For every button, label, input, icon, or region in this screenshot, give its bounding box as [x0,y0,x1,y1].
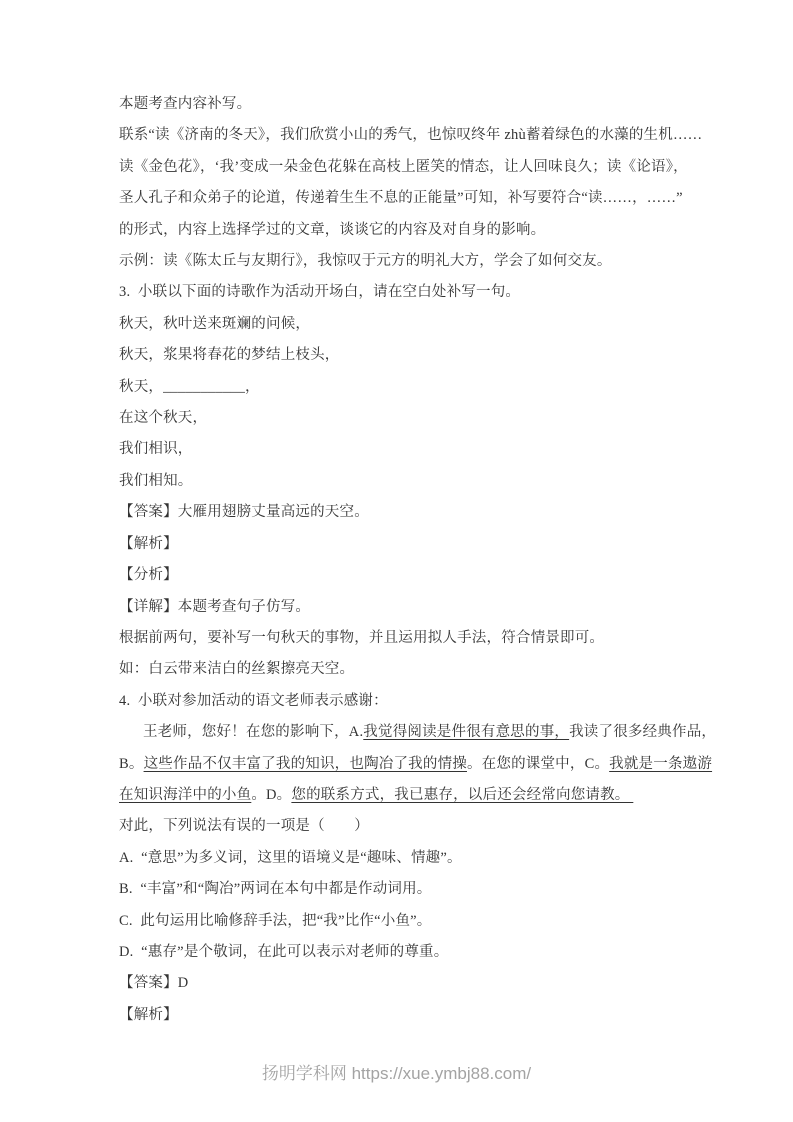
text-segment: 【分析】 [119,567,178,583]
doc-line: 的形式，内容上选择学过的文章，谈谈它的内容及对自身的影响。 [119,215,769,246]
text-segment: B。 [119,756,144,772]
doc-line: 圣人孔子和众弟子的论道，传递着生生不息的正能量”可知，补写要符合“读……，……” [119,183,769,214]
doc-line: 3. 小联以下面的诗歌作为活动开场白，请在空白处补写一句。 [119,277,769,308]
text-segment: 【解析】 [119,536,178,552]
text-segment: 秋天，浆果将春花的梦结上枝头， [119,347,340,363]
doc-line: 在这个秋天， [119,403,769,434]
text-segment: C. 此句运用比喻修辞手法，把“我”比作“小鱼”。 [119,913,432,929]
watermark-footer: 扬明学科网 https://xue.ymbj88.com/ [0,1063,793,1085]
text-segment: 圣人孔子和众弟子的论道，传递着生生不息的正能量”可知，补写要符合“读……，……” [119,190,683,206]
doc-line: 【答案】D [119,968,769,999]
doc-line: 我们相识， [119,434,769,465]
doc-line: 【答案】大雁用翅膀丈量高远的天空。 [119,497,769,528]
text-segment: 联系“读《济南的冬天》，我们欣赏小山的秀气，也惊叹终年 zhù蓄着绿色的水藻的生… [119,127,702,143]
text-segment: 对此，下列说法有误的一项是（ ） [119,818,369,834]
document-body: 本题考查内容补写。联系“读《济南的冬天》，我们欣赏小山的秀气，也惊叹终年 zhù… [119,89,769,1031]
text-segment: 3. 小联以下面的诗歌作为活动开场白，请在空白处补写一句。 [119,284,520,300]
underlined-text: 我就是一条遨游 [609,756,712,772]
text-segment: 4. 小联对参加活动的语文老师表示感谢： [119,693,388,709]
underlined-text: 在知识海洋中的小鱼 [119,787,251,803]
text-segment: 如：白云带来洁白的丝絮擦亮天空。 [119,661,354,677]
doc-line: 王老师，您好！在您的影响下，A.我觉得阅读是件很有意思的事，我读了很多经典作品， [119,717,769,748]
text-segment: 的形式，内容上选择学过的文章，谈谈它的内容及对自身的影响。 [119,222,545,238]
doc-line: 秋天，浆果将春花的梦结上枝头， [119,340,769,371]
underlined-text: 您的联系方式，我已惠存，以后还会经常向您请教。 [291,787,633,803]
doc-line: 根据前两句，要补写一句秋天的事物，并且运用拟人手法，符合情景即可。 [119,623,769,654]
doc-line: 【解析】 [119,529,769,560]
doc-line: 【分析】 [119,560,769,591]
text-segment: A. “意思”为多义词，这里的语境义是“趣味、情趣”。 [119,850,462,866]
doc-line: D. “惠存”是个敬词，在此可以表示对老师的尊重。 [119,937,769,968]
doc-line: B。这些作品不仅丰富了我的知识，也陶冶了我的情操。在您的课堂中，C。我就是一条遨… [119,749,769,780]
doc-line: 秋天，秋叶送来斑斓的问候， [119,309,769,340]
doc-line: 对此，下列说法有误的一项是（ ） [119,811,769,842]
doc-line: 示例：读《陈太丘与友期行》，我惊叹于元方的明礼大方，学会了如何交友。 [119,246,769,277]
doc-line: 读《金色花》，‘我’变成一朵金色花躲在高枝上匿笑的情态，让人回味良久；读《论语》… [119,152,769,183]
doc-line: C. 此句运用比喻修辞手法，把“我”比作“小鱼”。 [119,906,769,937]
doc-line: 在知识海洋中的小鱼。D。您的联系方式，我已惠存，以后还会经常向您请教。 [119,780,769,811]
doc-line: 4. 小联对参加活动的语文老师表示感谢： [119,686,769,717]
text-segment: 示例：读《陈太丘与友期行》，我惊叹于元方的明礼大方，学会了如何交友。 [119,253,612,269]
text-segment: 根据前两句，要补写一句秋天的事物，并且运用拟人手法，符合情景即可。 [119,630,604,646]
doc-line: 我们相知。 [119,466,769,497]
underlined-text: 这些作品不仅丰富了我的知识，也陶冶了我的情操 [144,756,467,772]
text-segment: 在这个秋天， [119,410,207,426]
doc-line: B. “丰富”和“陶冶”两词在本句中都是作动词用。 [119,874,769,905]
doc-line: 如：白云带来洁白的丝絮擦亮天空。 [119,654,769,685]
text-segment: B. “丰富”和“陶冶”两词在本句中都是作动词用。 [119,881,432,897]
doc-line: 【详解】本题考查句子仿写。 [119,592,769,623]
underlined-text: 我觉得阅读是件很有意思的事， [363,724,569,740]
doc-line: 联系“读《济南的冬天》，我们欣赏小山的秀气，也惊叹终年 zhù蓄着绿色的水藻的生… [119,120,769,151]
text-segment: 【解析】 [119,1007,178,1023]
text-segment: 。D。 [251,787,291,803]
doc-line: A. “意思”为多义词，这里的语境义是“趣味、情趣”。 [119,843,769,874]
text-segment: 我们相识， [119,441,193,457]
text-segment: 读《金色花》，‘我’变成一朵金色花躲在高枝上匿笑的情态，让人回味良久；读《论语》… [119,159,688,175]
text-segment: 【答案】D [119,975,188,991]
text-segment: 【详解】本题考查句子仿写。 [119,599,310,615]
text-segment: 秋天，秋叶送来斑斓的问候， [119,316,310,332]
text-segment: 我读了很多经典作品， [569,724,716,740]
doc-line: 本题考查内容补写。 [119,89,769,120]
document-page: 本题考查内容补写。联系“读《济南的冬天》，我们欣赏小山的秀气，也惊叹终年 zhù… [0,0,793,1122]
text-segment: D. “惠存”是个敬词，在此可以表示对老师的尊重。 [119,944,448,960]
text-segment: 王老师，您好！在您的影响下，A. [143,724,363,740]
text-segment: 。在您的课堂中，C。 [467,756,609,772]
doc-line: 【解析】 [119,1000,769,1031]
text-segment: 我们相知。 [119,473,193,489]
text-segment: 本题考查内容补写。 [119,96,251,112]
doc-line: 秋天，___________， [119,372,769,403]
text-segment: 秋天，___________， [119,379,260,395]
text-segment: 【答案】大雁用翅膀丈量高远的天空。 [119,504,369,520]
